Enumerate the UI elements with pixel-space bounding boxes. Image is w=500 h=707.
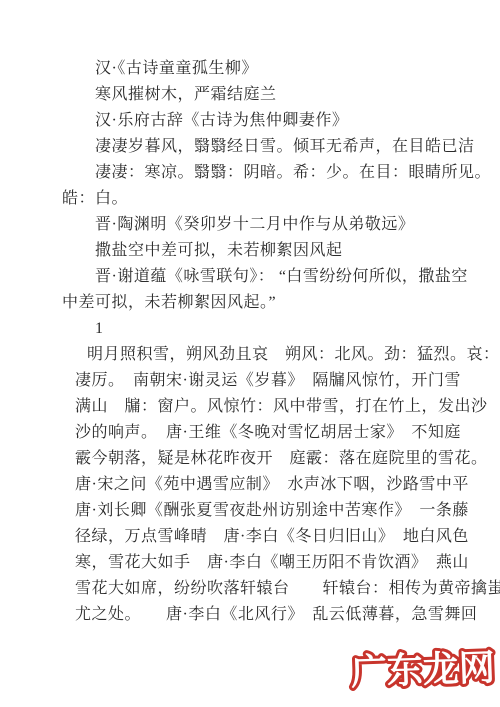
document-text-block: 汉·《古诗童童孤生柳》寒风摧树木，严霜结庭兰汉·乐府古辞《古诗为焦仲卿妻作》凄凄… [0, 0, 500, 628]
text-line: 皓：白。 [62, 186, 472, 212]
text-line: 径绿，万点雪峰晴 唐·李白《冬日归旧山》 地白风色 [75, 524, 472, 550]
text-line: 晋·谢道蕴《咏雪联句》： “白雪纷纷何所似，撒盐空 [62, 264, 472, 290]
document-page: 汉·《古诗童童孤生柳》寒风摧树木，严霜结庭兰汉·乐府古辞《古诗为焦仲卿妻作》凄凄… [0, 0, 500, 707]
text-line: 凄凄岁暮风，翳翳经日雪。倾耳无希声，在目皓已洁 [62, 134, 472, 160]
text-line: 雪花大如席，纷纷吹落轩辕台 轩辕台：相传为黄帝擒蚩 [75, 576, 472, 602]
watermark-text: 广东龙网 [350, 647, 495, 693]
text-line: 寒风摧树木，严霜结庭兰 [62, 82, 472, 108]
text-line: 中差可拟，未若柳絮因风起。” [62, 290, 472, 316]
text-line: 霰今朝落，疑是林花昨夜开 庭霰：落在庭院里的雪花。 [75, 446, 472, 472]
watermark-logo: 广东龙网 [347, 641, 499, 705]
text-line: 尤之处。 唐·李白《北风行》 乱云低薄暮，急雪舞回 [75, 602, 472, 628]
text-line: 凄凄：寒凉。翳翳：阴暗。希：少。在目：眼睛所见。 [62, 160, 472, 186]
text-line: 寒，雪花大如手 唐·李白《嘲王历阳不肯饮酒》 燕山 [75, 550, 472, 576]
text-line: 满山 牖：窗户。风惊竹：风中带雪，打在竹上，发出沙 [75, 394, 472, 420]
watermark-svg: 广东龙网 [347, 641, 499, 700]
text-line: 明月照积雪，朔风劲且哀 朔风：北风。劲：猛烈。哀： [75, 342, 472, 368]
text-line: 汉·乐府古辞《古诗为焦仲卿妻作》 [62, 108, 472, 134]
text-line: 沙的响声。 唐·王维《冬晚对雪忆胡居士家》 不知庭 [75, 420, 472, 446]
text-line: 凄厉。 南朝宋·谢灵运《岁暮》 隔牖风惊竹，开门雪 [75, 368, 472, 394]
text-line: 唐·宋之问《苑中遇雪应制》 水声冰下咽，沙路雪中平 [75, 472, 472, 498]
text-line: 1 [62, 316, 472, 342]
text-line: 晋·陶渊明《癸卯岁十二月中作与从弟敬远》 [62, 212, 472, 238]
text-line: 撒盐空中差可拟，未若柳絮因风起 [62, 238, 472, 264]
text-line: 唐·刘长卿《酬张夏雪夜赴州访别途中苦寒作》 一条藤 [75, 498, 472, 524]
text-line: 汉·《古诗童童孤生柳》 [62, 56, 472, 82]
